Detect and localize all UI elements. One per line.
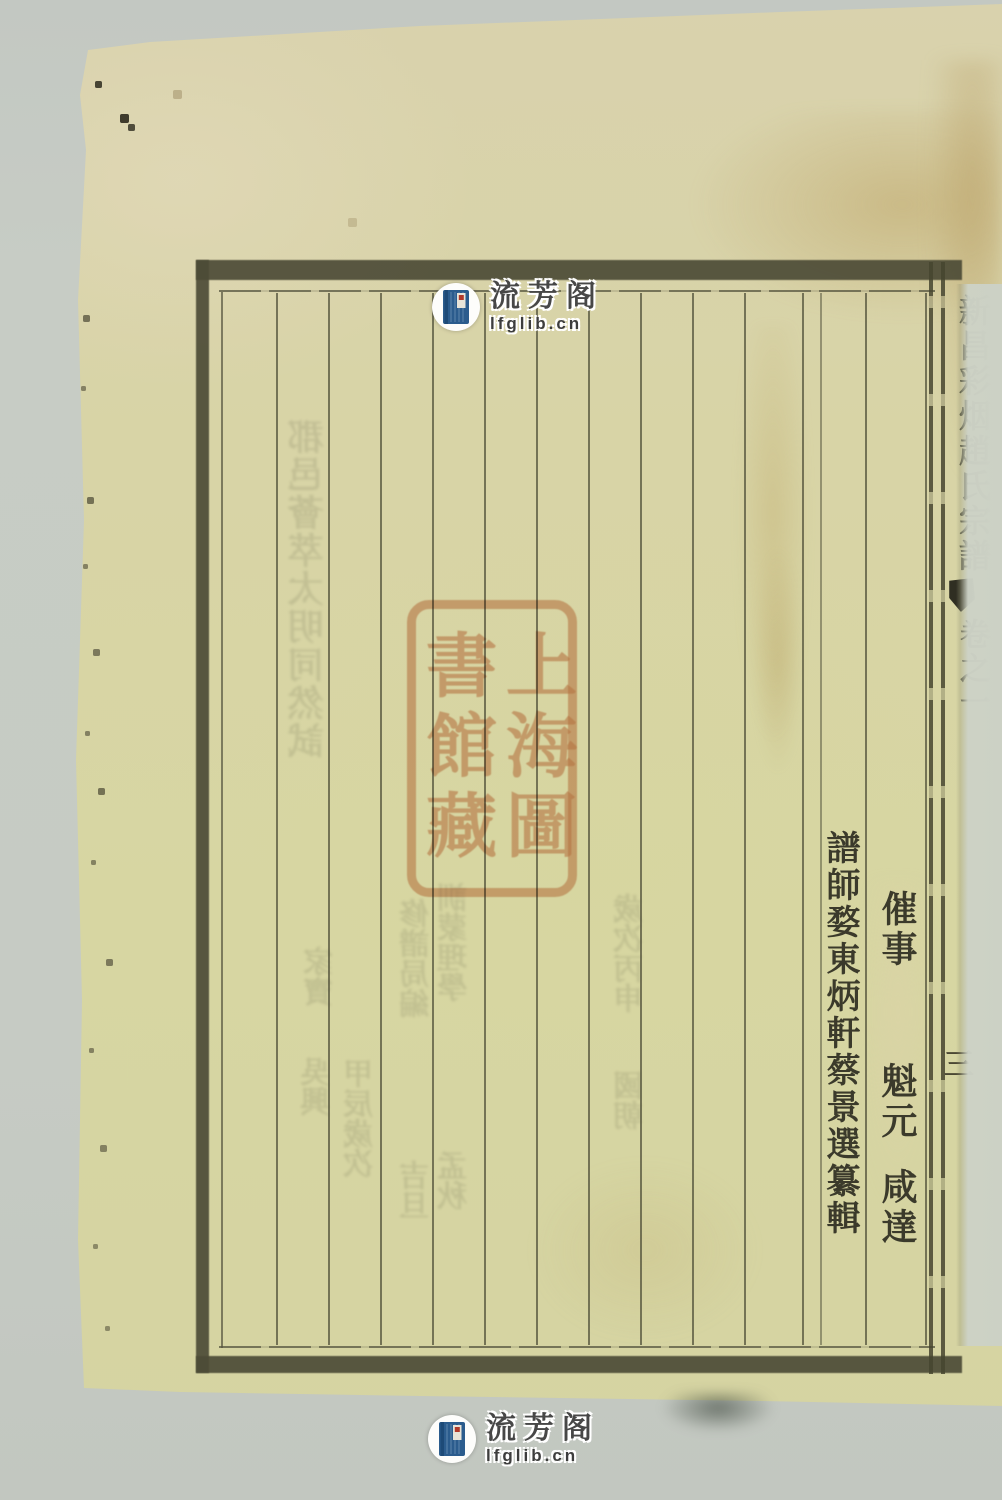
paper-speck [0, 0, 1, 1]
bleedthrough-column: 郡邑薈萃太明同然試 [282, 418, 333, 760]
watermark-bottom: 流芳阁 lfglib.cn [428, 1414, 600, 1464]
watermark-site-url: lfglib.cn [490, 315, 604, 332]
backing-sheet-edge [956, 284, 1002, 1346]
seal-text-right: 上海圖 [495, 629, 577, 869]
book-icon [439, 1422, 465, 1456]
frame-border-right [941, 262, 945, 1374]
role-title: 催事 [872, 890, 923, 970]
ruled-line [328, 293, 330, 1345]
bleedthrough-column: 家寶 [300, 946, 344, 1006]
role-name-2: 咸達 [872, 1168, 923, 1248]
frame-innerline-bottom [219, 1346, 935, 1348]
ruled-line [640, 293, 642, 1345]
frame-innerline-left [221, 292, 223, 1348]
ruled-line [802, 293, 804, 1345]
ruled-line [744, 293, 746, 1345]
compiler-credit-column: 譜師婺東炳軒蔡景選纂輯 [816, 830, 865, 1237]
bleedthrough-column: 孟秋 [434, 1150, 478, 1210]
seal-text-left: 書館藏 [415, 629, 497, 869]
frame-border-right [929, 262, 933, 1374]
bleedthrough-column: 訓蒙理學 [434, 882, 478, 1002]
scanned-genealogy-page: 郡邑薈萃太明同然試 家寶 吳興 甲辰歲次 修譜局編 吉旦 訓蒙理學 孟秋 歲次丙… [0, 0, 1002, 1500]
frame-border-left [196, 260, 209, 1373]
frame-border-bottom [196, 1356, 962, 1373]
watermark-badge [432, 283, 480, 331]
watermark-site-url: lfglib.cn [486, 1447, 600, 1464]
frame-border-top [196, 260, 962, 280]
watermark-site-name: 流芳阁 [486, 1414, 600, 1444]
ruled-line [925, 293, 927, 1345]
ruled-line [865, 293, 867, 1345]
bleedthrough-column: 歲次丙申 [610, 893, 654, 1013]
ruled-line [380, 293, 382, 1345]
ruled-line [276, 293, 278, 1345]
ruled-line [692, 293, 694, 1345]
bleedthrough-column: 甲辰歲次 [340, 1058, 384, 1178]
watermark-top: 流芳阁 lfglib.cn [432, 282, 604, 332]
watermark-site-name: 流芳阁 [490, 282, 604, 312]
bleedthrough-column: 國朝 [610, 1070, 654, 1130]
watermark-badge [428, 1415, 476, 1463]
library-seal: 書館藏 上海圖 [407, 600, 577, 897]
ruled-line [588, 293, 590, 1345]
bleedthrough-column: 吳興 [297, 1056, 341, 1116]
role-name-1: 魁元 [872, 1062, 923, 1142]
edge-shadow [662, 1392, 774, 1432]
book-icon [443, 290, 469, 324]
